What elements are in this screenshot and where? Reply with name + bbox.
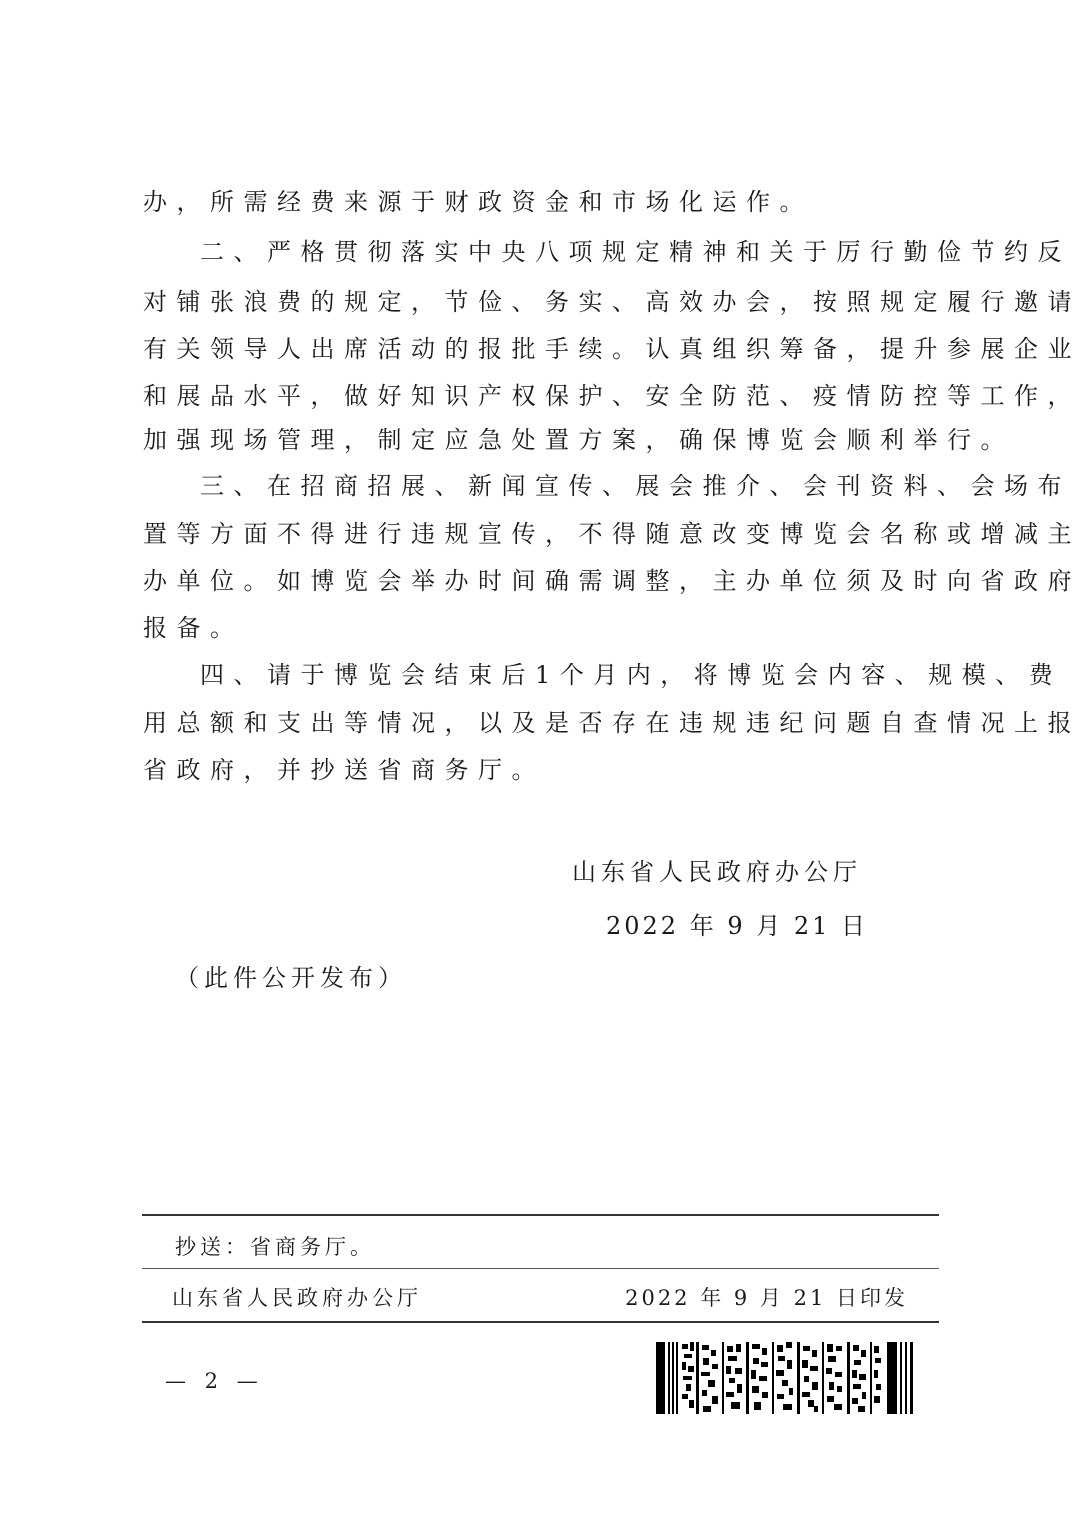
body-line: 二、严格贯彻落实中央八项规定精神和关于厉行勤俭节约反	[200, 236, 1000, 268]
footer-divider-bottom	[142, 1321, 939, 1323]
signature-date: 2022 年 9 月 21 日	[606, 910, 868, 942]
body-line: 有关领导人出席活动的报批手续。认真组织筹备，提升参展企业	[143, 333, 943, 365]
body-line: 三、在招商招展、新闻宣传、展会推介、会刊资料、会场布	[200, 470, 1000, 502]
body-line: 四、请于博览会结束后1个月内，将博览会内容、规模、费	[200, 659, 1000, 691]
signature-organization: 山东省人民政府办公厅	[572, 856, 862, 888]
body-line: 办单位。如博览会举办时间确需调整，主办单位须及时向省政府	[143, 565, 943, 597]
body-line: 和展品水平，做好知识产权保护、安全防范、疫情防控等工作，	[143, 380, 943, 412]
body-line: 省政府，并抄送省商务厅。	[143, 754, 943, 786]
footer-divider-middle	[142, 1268, 939, 1269]
footer-issuer: 山东省人民政府办公厅	[172, 1283, 422, 1313]
pdf417-barcode-icon	[656, 1342, 914, 1414]
body-line: 办，所需经费来源于财政资金和市场化运作。	[143, 186, 943, 218]
document-page: 办，所需经费来源于财政资金和市场化运作。 二、严格贯彻落实中央八项规定精神和关于…	[0, 0, 1080, 1526]
body-line: 加强现场管理，制定应急处置方案，确保博览会顺利举行。	[143, 424, 943, 456]
cc-line: 抄送：省商务厅。	[175, 1232, 375, 1262]
body-line: 置等方面不得进行违规宣传，不得随意改变博览会名称或增减主	[143, 518, 943, 550]
body-line: 用总额和支出等情况，以及是否存在违规违纪问题自查情况上报	[143, 707, 943, 739]
page-number: — 2 —	[165, 1366, 264, 1396]
public-notice: （此件公开发布）	[175, 962, 407, 994]
body-line: 对铺张浪费的规定，节俭、务实、高效办会，按照规定履行邀请	[143, 286, 943, 318]
body-line: 报备。	[143, 612, 943, 644]
footer-divider-top	[142, 1214, 939, 1216]
footer-issue-date: 2022 年 9 月 21 日印发	[625, 1283, 908, 1313]
